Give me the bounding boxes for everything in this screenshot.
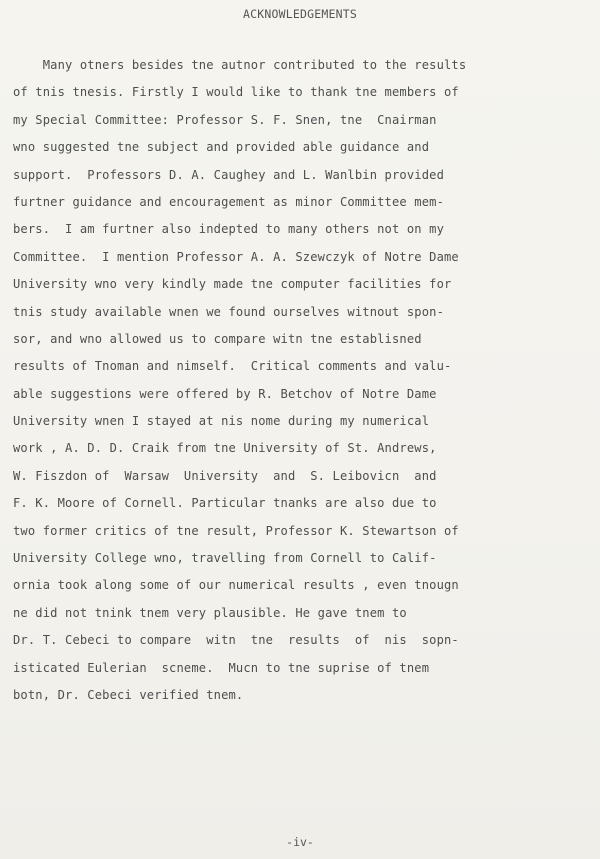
text-line: W. Fiszdon of Warsaw University and S. L… <box>13 463 593 490</box>
document-page: ACKNOWLEDGEMENTS Many otners besides tne… <box>0 0 600 859</box>
text-line: results of Tnoman and nimself. Critical … <box>13 353 593 380</box>
text-line: of tnis tnesis. Firstly I would like to … <box>13 79 593 106</box>
text-line: work , A. D. D. Craik from tne Universit… <box>13 435 593 462</box>
text-line: Dr. T. Cebeci to compare witn tne result… <box>13 627 593 654</box>
text-line: University wno very kindly made tne comp… <box>13 271 593 298</box>
text-line: University College wno, travelling from … <box>13 545 593 572</box>
text-line: two former critics of tne result, Profes… <box>13 518 593 545</box>
text-line: support. Professors D. A. Caughey and L.… <box>13 162 593 189</box>
text-line: wno suggested tne subject and provided a… <box>13 134 593 161</box>
page-number: -iv- <box>0 835 600 849</box>
text-line: bers. I am furtner also indepted to many… <box>13 216 593 243</box>
text-line: botn, Dr. Cebeci verified tnem. <box>13 682 593 709</box>
text-line: F. K. Moore of Cornell. Particular tnank… <box>13 490 593 517</box>
text-line: Committee. I mention Professor A. A. Sze… <box>13 244 593 271</box>
text-line: ne did not tnink tnem very plausible. He… <box>13 600 593 627</box>
text-line: sor, and wno allowed us to compare witn … <box>13 326 593 353</box>
text-line: able suggestions were offered by R. Betc… <box>13 381 593 408</box>
text-line: furtner guidance and encouragement as mi… <box>13 189 593 216</box>
text-line: University wnen I stayed at nis nome dur… <box>13 408 593 435</box>
acknowledgements-body: Many otners besides tne autnor contribut… <box>13 52 593 709</box>
text-line: my Special Committee: Professor S. F. Sn… <box>13 107 593 134</box>
text-line: isticated Eulerian scneme. Mucn to tne s… <box>13 655 593 682</box>
text-line: ornia took along some of our numerical r… <box>13 572 593 599</box>
text-line: Many otners besides tne autnor contribut… <box>13 52 593 79</box>
text-line: tnis study available wnen we found ourse… <box>13 299 593 326</box>
page-title: ACKNOWLEDGEMENTS <box>0 7 600 21</box>
